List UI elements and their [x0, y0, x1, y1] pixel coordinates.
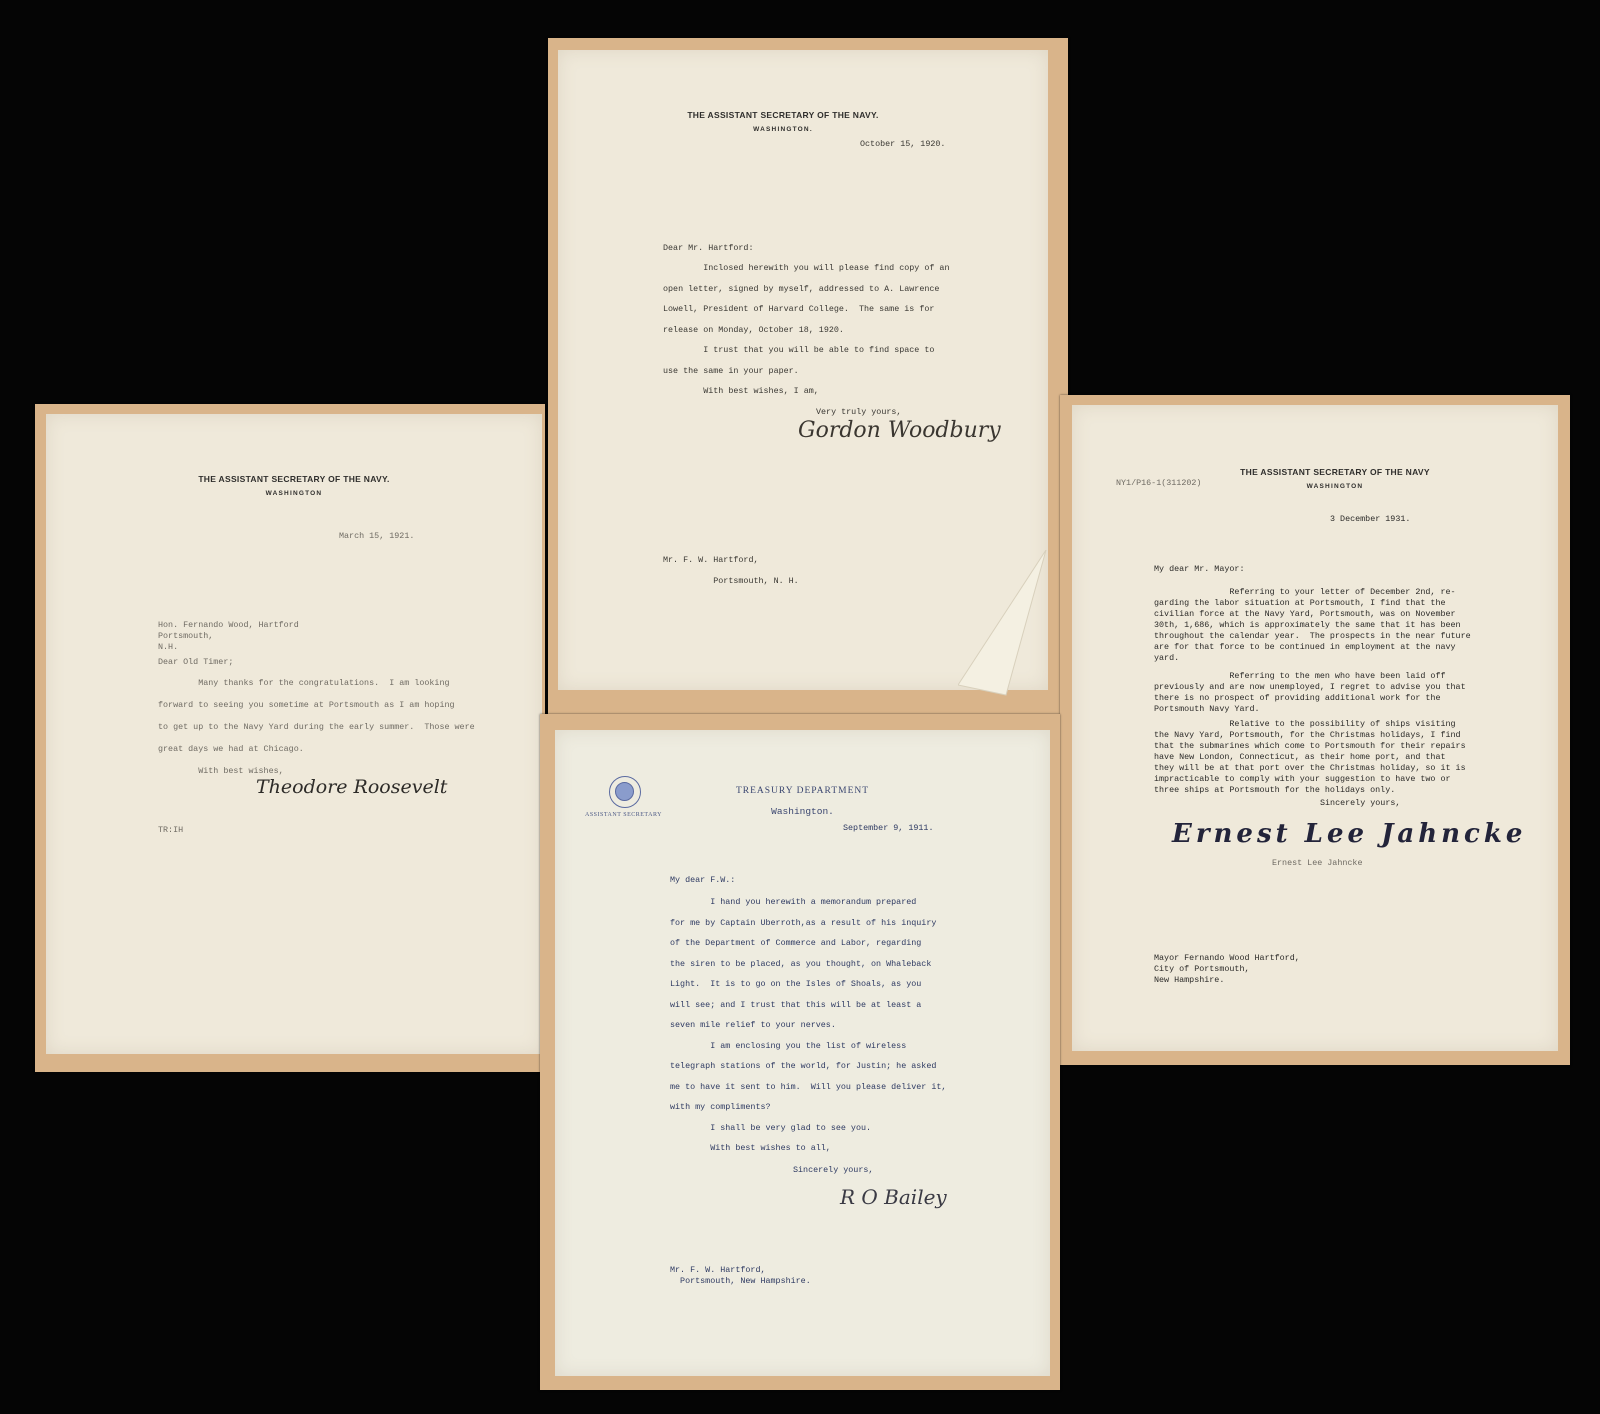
- letter-bailey: ASSISTANT SECRETARY TREASURY DEPARTMENT …: [555, 730, 1050, 1376]
- recipient: Mayor Fernando Wood Hartford, City of Po…: [1154, 953, 1300, 986]
- curled-corner: [958, 550, 1058, 700]
- closing: Sincerely yours,: [1320, 793, 1400, 814]
- letterhead-title: TREASURY DEPARTMENT: [555, 786, 1050, 796]
- letter-roosevelt: THE ASSISTANT SECRETARY OF THE NAVY. WAS…: [46, 414, 542, 1054]
- salutation: My dear Mr. Mayor:: [1154, 559, 1244, 580]
- salutation: Dear Mr. Hartford:: [663, 238, 753, 259]
- signature-woodbury: Gordon Woodbury: [798, 418, 1001, 443]
- letterhead: THE ASSISTANT SECRETARY OF THE NAVY. WAS…: [46, 474, 542, 497]
- letter-paragraph: Referring to the men who have been laid …: [1154, 671, 1466, 715]
- letter-body: Many thanks for the congratulations. I a…: [158, 672, 475, 782]
- letter-paragraph: Relative to the possibility of ships vis…: [1154, 719, 1466, 796]
- recipient: Hon. Fernando Wood, Hartford Portsmouth,…: [158, 620, 299, 653]
- signature-roosevelt: Theodore Roosevelt: [256, 776, 447, 798]
- letterhead-title: THE ASSISTANT SECRETARY OF THE NAVY.: [46, 474, 542, 484]
- letterhead: THE ASSISTANT SECRETARY OF THE NAVY. WAS…: [518, 110, 1048, 133]
- recipient: Mr. F. W. Hartford, Portsmouth, New Hamp…: [670, 1265, 811, 1287]
- letter-jahncke: THE ASSISTANT SECRETARY OF THE NAVY WASH…: [1072, 405, 1558, 1051]
- signature-bailey: R O Bailey: [840, 1185, 947, 1209]
- letter-paragraph: Referring to your letter of December 2nd…: [1154, 587, 1471, 664]
- file-reference: NY1/P16-1(311202): [1116, 473, 1201, 494]
- signature-jahncke: Ernest Lee Jahncke: [1172, 819, 1526, 849]
- letter-body: Inclosed herewith you will please find c…: [663, 258, 949, 402]
- letterhead-city: Washington.: [555, 806, 1050, 817]
- letter-date: March 15, 1921.: [339, 526, 414, 547]
- letterhead-city: WASHINGTON.: [518, 126, 1048, 133]
- letter-woodbury: THE ASSISTANT SECRETARY OF THE NAVY. WAS…: [558, 50, 1048, 690]
- letter-body: I hand you herewith a memorandum prepare…: [670, 892, 946, 1159]
- closing: Sincerely yours,: [793, 1160, 873, 1181]
- initials: TR:IH: [158, 820, 183, 841]
- letter-date: October 15, 1920.: [860, 134, 945, 155]
- salutation: My dear F.W.:: [670, 870, 735, 891]
- letterhead-city: WASHINGTON: [46, 490, 542, 497]
- letterhead-title: THE ASSISTANT SECRETARY OF THE NAVY.: [518, 110, 1048, 120]
- typed-name: Ernest Lee Jahncke: [1272, 853, 1362, 874]
- letter-date: 3 December 1931.: [1330, 509, 1410, 530]
- letter-date: September 9, 1911.: [843, 818, 933, 839]
- salutation: Dear Old Timer;: [158, 652, 233, 673]
- recipient: Mr. F. W. Hartford, Portsmouth, N. H.: [663, 550, 799, 591]
